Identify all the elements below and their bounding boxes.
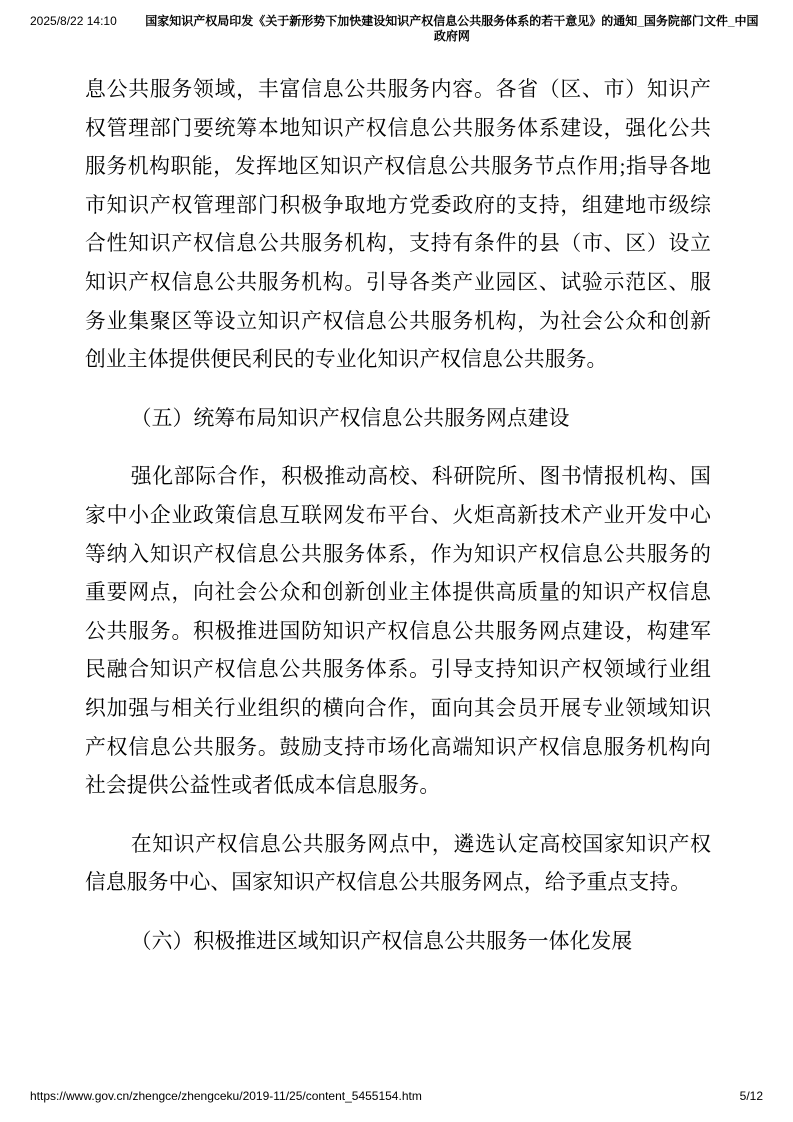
print-header: 2025/8/22 14:10 国家知识产权局印发《关于新形势下加快建设知识产权… — [30, 14, 763, 44]
document-title: 国家知识产权局印发《关于新形势下加快建设知识产权信息公共服务体系的若干意见》的通… — [117, 14, 763, 44]
document-body: 息公共服务领域，丰富信息公共服务内容。各省（区、市）知识产权管理部门要统筹本地知… — [85, 71, 711, 961]
page-number-indicator: 5/12 — [740, 1089, 763, 1104]
paragraph-section-5b: 在知识产权信息公共服务网点中，遴选认定高校国家知识产权信息服务中心、国家知识产权… — [85, 826, 711, 903]
printed-document-page: 2025/8/22 14:10 国家知识产权局印发《关于新形势下加快建设知识产权… — [0, 0, 793, 1122]
section-heading-6: （六）积极推进区域知识产权信息公共服务一体化发展 — [85, 923, 711, 962]
paragraph-section-5a: 强化部际合作，积极推动高校、科研院所、图书情报机构、国家中小企业政策信息互联网发… — [85, 458, 711, 805]
source-url: https://www.gov.cn/zhengce/zhengceku/201… — [30, 1089, 422, 1104]
section-heading-5: （五）统筹布局知识产权信息公共服务网点建设 — [85, 400, 711, 439]
paragraph-continuation: 息公共服务领域，丰富信息公共服务内容。各省（区、市）知识产权管理部门要统筹本地知… — [85, 71, 711, 380]
print-footer: https://www.gov.cn/zhengce/zhengceku/201… — [30, 1089, 763, 1104]
print-timestamp: 2025/8/22 14:10 — [30, 14, 117, 29]
